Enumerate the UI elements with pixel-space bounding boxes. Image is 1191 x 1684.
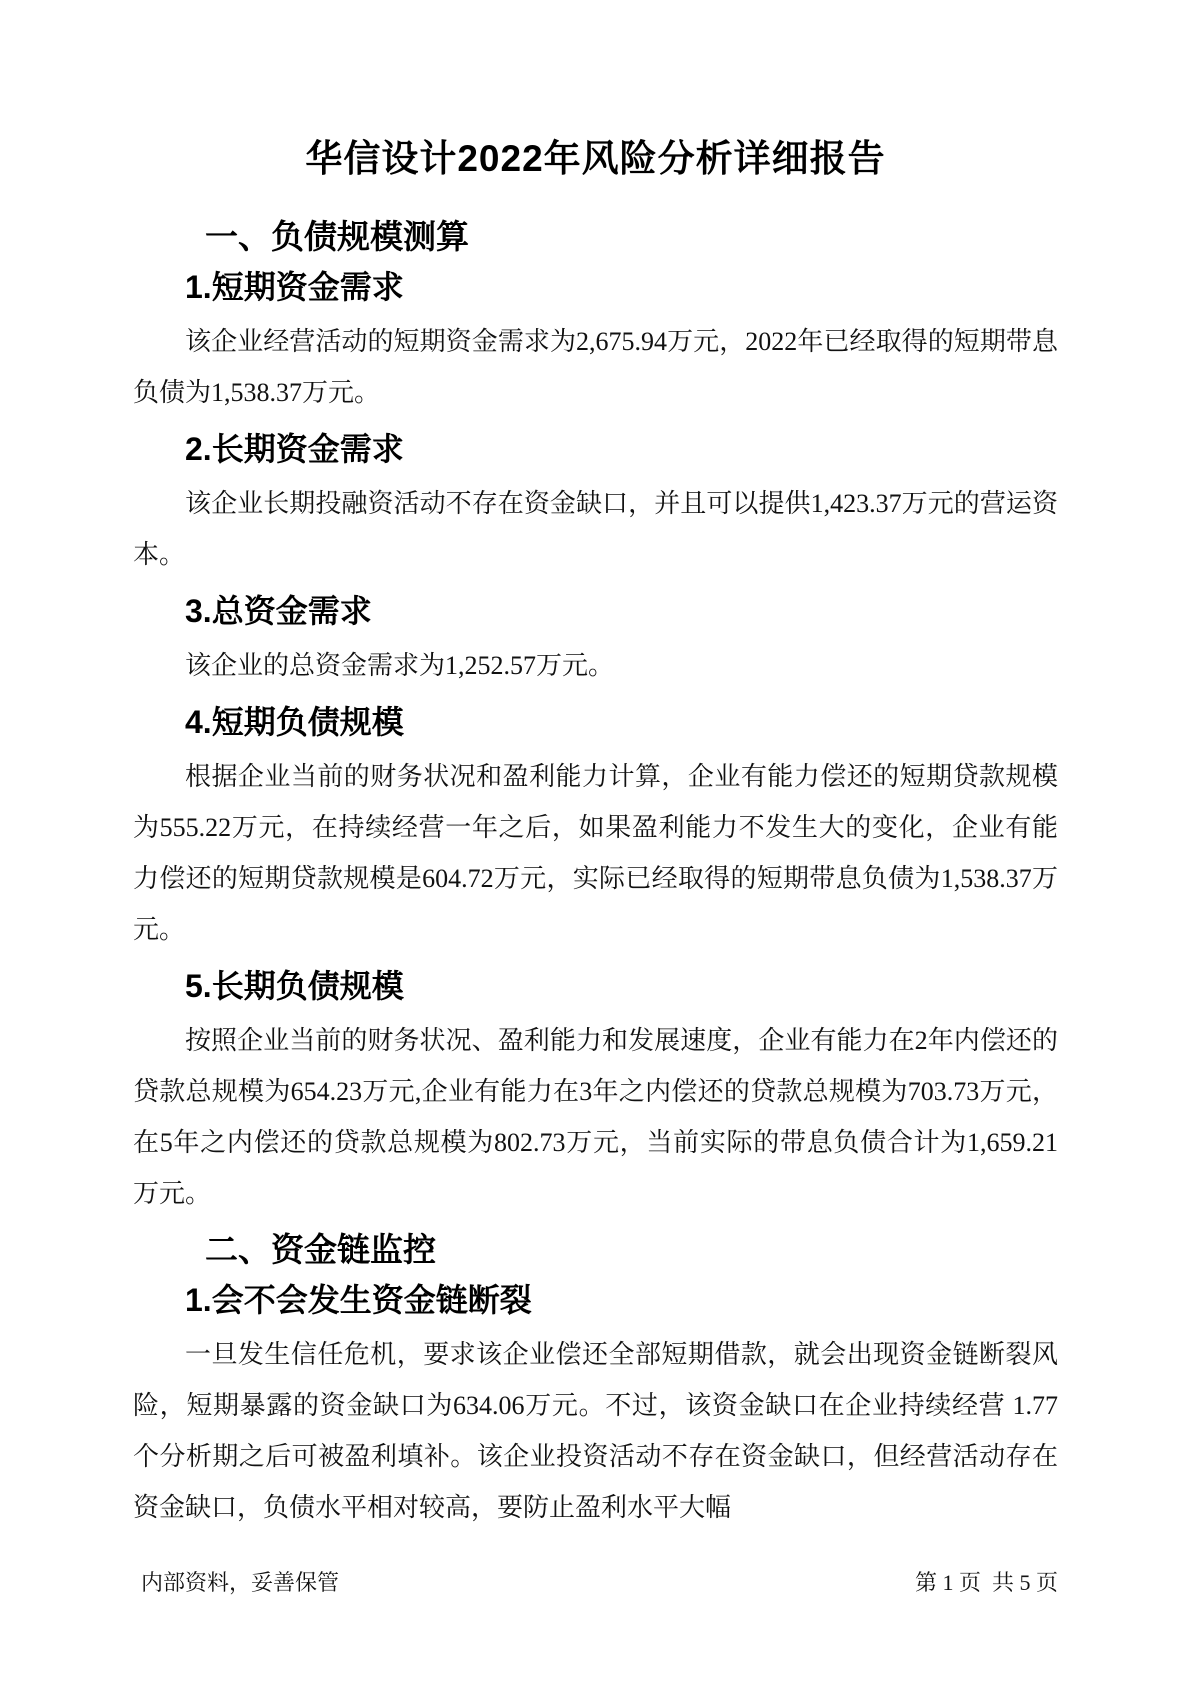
section-heading-debt-scale: 一、负债规模测算 xyxy=(205,218,1058,256)
paragraph-long-term-funding-need: 该企业长期投融资活动不存在资金缺口，并且可以提供1,423.37万元的营运资本。 xyxy=(133,478,1058,580)
page-footer: 内部资料，妥善保管 第 1 页 共 5 页 xyxy=(133,1568,1058,1598)
document-title: 华信设计2022年风险分析详细报告 xyxy=(133,133,1058,185)
report-page: 华信设计2022年风险分析详细报告 一、负债规模测算 1.短期资金需求 该企业经… xyxy=(0,0,1191,1684)
paragraph-long-term-debt-scale: 按照企业当前的财务状况、盈利能力和发展速度，企业有能力在2年内偿还的贷款总规模为… xyxy=(133,1015,1058,1219)
subsection-heading-long-term-debt-scale: 5.长期负债规模 xyxy=(185,967,1058,1005)
footer-page-number: 第 1 页 共 5 页 xyxy=(915,1568,1058,1598)
report-content: 华信设计2022年风险分析详细报告 一、负债规模测算 1.短期资金需求 该企业经… xyxy=(0,0,1191,1533)
paragraph-total-funding-need: 该企业的总资金需求为1,252.57万元。 xyxy=(133,640,1058,691)
paragraph-short-term-funding-need: 该企业经营活动的短期资金需求为2,675.94万元，2022年已经取得的短期带息… xyxy=(133,316,1058,418)
subsection-heading-long-term-funding-need: 2.长期资金需求 xyxy=(185,430,1058,468)
subsection-heading-short-term-funding-need: 1.短期资金需求 xyxy=(185,268,1058,306)
section-heading-capital-chain-monitoring: 二、资金链监控 xyxy=(205,1231,1058,1269)
paragraph-capital-chain-rupture: 一旦发生信任危机，要求该企业偿还全部短期借款，就会出现资金链断裂风险，短期暴露的… xyxy=(133,1329,1058,1533)
paragraph-short-term-debt-scale: 根据企业当前的财务状况和盈利能力计算，企业有能力偿还的短期贷款规模为555.22… xyxy=(133,751,1058,955)
subsection-heading-capital-chain-rupture: 1.会不会发生资金链断裂 xyxy=(185,1281,1058,1319)
subsection-heading-short-term-debt-scale: 4.短期负债规模 xyxy=(185,703,1058,741)
subsection-heading-total-funding-need: 3.总资金需求 xyxy=(185,592,1058,630)
footer-confidential-note: 内部资料，妥善保管 xyxy=(141,1568,339,1598)
